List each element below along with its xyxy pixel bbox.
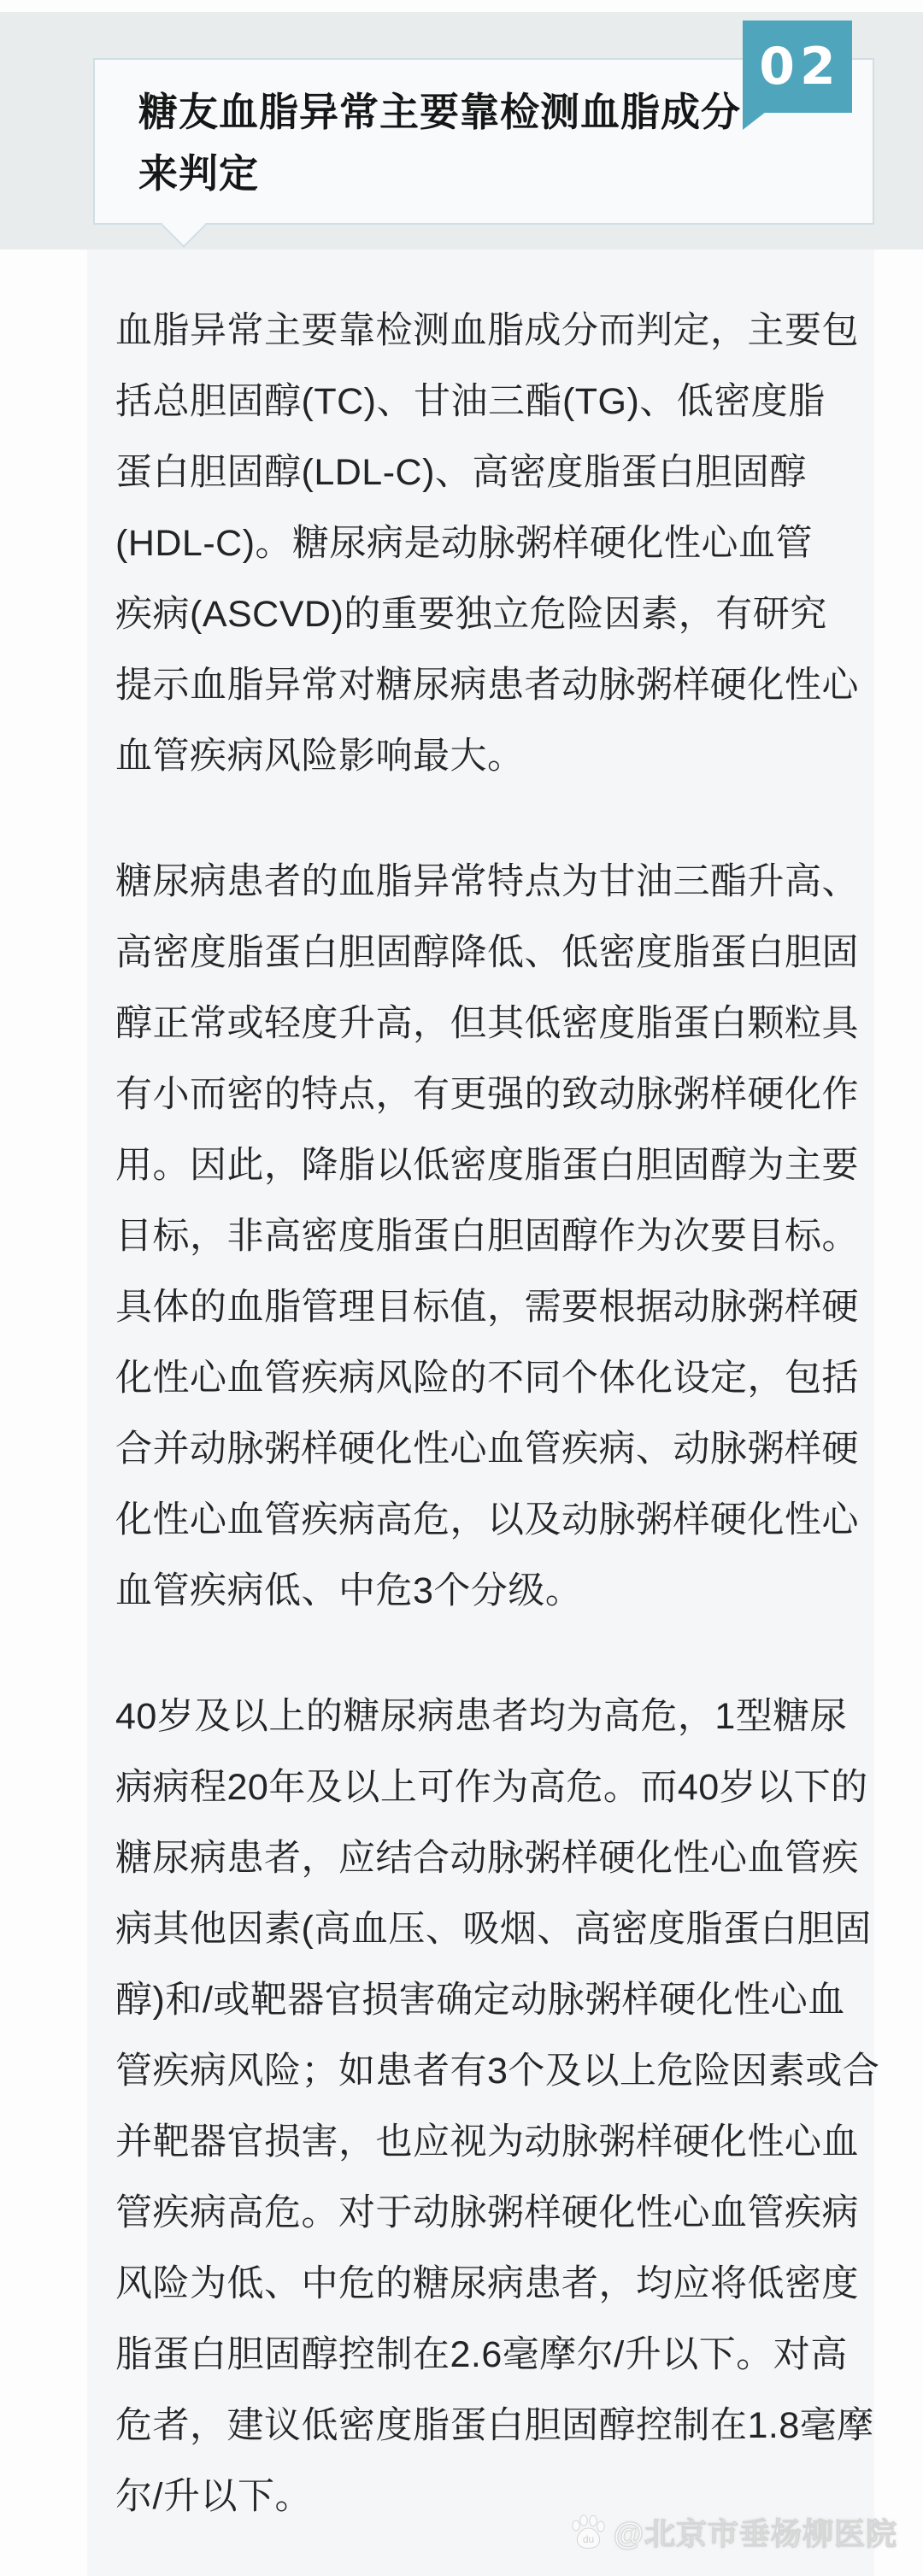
body-line: 化性心血管疾病风险的不同个体化设定，包括 (115, 1343, 874, 1414)
body-line: 血管疾病低、中危3个分级。 (115, 1556, 874, 1627)
body-line: (HDL-C)。糖尿病是动脉粥样硬化性心血管 (115, 508, 874, 579)
body-line: 化性心血管疾病高危，以及动脉粥样硬化性心 (115, 1485, 874, 1556)
body-line: 糖尿病患者，应结合动脉粥样硬化性心血管疾 (115, 1823, 874, 1894)
body-line: 血管疾病风险影响最大。 (115, 721, 874, 792)
section-number-badge: 02 (743, 21, 852, 113)
watermark-text: @北京市垂杨柳医院 (614, 2510, 897, 2554)
body-line: 并靶器官损害，也应视为动脉粥样硬化性心血 (115, 2107, 874, 2178)
body-line: 管疾病风险；如患者有3个及以上危险因素或合 (115, 2036, 874, 2107)
body-line: 括总胆固醇(TC)、甘油三酯(TG)、低密度脂 (115, 367, 874, 437)
article-body: 血脂异常主要靠检测血脂成分而判定，主要包括总胆固醇(TC)、甘油三酯(TG)、低… (115, 296, 874, 2532)
body-line: 目标，非高密度脂蛋白胆固醇作为次要目标。 (115, 1201, 874, 1272)
body-line: 糖尿病患者的血脂异常特点为甘油三酯升高、 (115, 847, 874, 918)
baidu-paw-icon: du (569, 2514, 607, 2550)
body-line: 40岁及以上的糖尿病患者均为高危，1型糖尿 (115, 1681, 874, 1752)
paragraph: 血脂异常主要靠检测血脂成分而判定，主要包括总胆固醇(TC)、甘油三酯(TG)、低… (115, 296, 874, 792)
body-line: 蛋白胆固醇(LDL-C)、高密度脂蛋白胆固醇 (115, 437, 874, 508)
section-number: 02 (754, 37, 841, 97)
body-line: 脂蛋白胆固醇控制在2.6毫摩尔/升以下。对高 (115, 2320, 874, 2391)
body-line: 病其他因素(高血压、吸烟、高密度脂蛋白胆固 (115, 1894, 874, 1965)
section-title-line-2: 来判定 (138, 143, 856, 204)
body-line: 血脂异常主要靠检测血脂成分而判定，主要包 (115, 296, 874, 367)
body-line: 高密度脂蛋白胆固醇降低、低密度脂蛋白胆固 (115, 918, 874, 989)
body-line: 醇)和/或靶器官损害确定动脉粥样硬化性心血 (115, 1965, 874, 2036)
body-line: 风险为低、中危的糖尿病患者，均应将低密度 (115, 2249, 874, 2320)
body-line: 用。因此，降脂以低密度脂蛋白胆固醇为主要 (115, 1130, 874, 1201)
paw-du-label: du (583, 2533, 594, 2545)
body-line: 合并动脉粥样硬化性心血管疾病、动脉粥样硬 (115, 1414, 874, 1485)
body-line: 病病程20年及以上可作为高危。而40岁以下的 (115, 1752, 874, 1823)
body-line: 具体的血脂管理目标值，需要根据动脉粥样硬 (115, 1272, 874, 1343)
body-line: 醇正常或轻度升高，但其低密度脂蛋白颗粒具 (115, 989, 874, 1059)
watermark: du @北京市垂杨柳医院 (569, 2510, 897, 2554)
body-line: 管疾病高危。对于动脉粥样硬化性心血管疾病 (115, 2178, 874, 2249)
badge-tail (743, 112, 766, 130)
body-line: 有小而密的特点，有更强的致动脉粥样硬化作 (115, 1059, 874, 1130)
paragraph: 40岁及以上的糖尿病患者均为高危，1型糖尿病病程20年及以上可作为高危。而40岁… (115, 1681, 874, 2532)
body-line: 提示血脂异常对糖尿病患者动脉粥样硬化性心 (115, 650, 874, 721)
paragraph: 糖尿病患者的血脂异常特点为甘油三酯升高、高密度脂蛋白胆固醇降低、低密度脂蛋白胆固… (115, 847, 874, 1627)
body-line: 危者，建议低密度脂蛋白胆固醇控制在1.8毫摩 (115, 2391, 874, 2462)
body-line: 疾病(ASCVD)的重要独立危险因素，有研究 (115, 579, 874, 650)
